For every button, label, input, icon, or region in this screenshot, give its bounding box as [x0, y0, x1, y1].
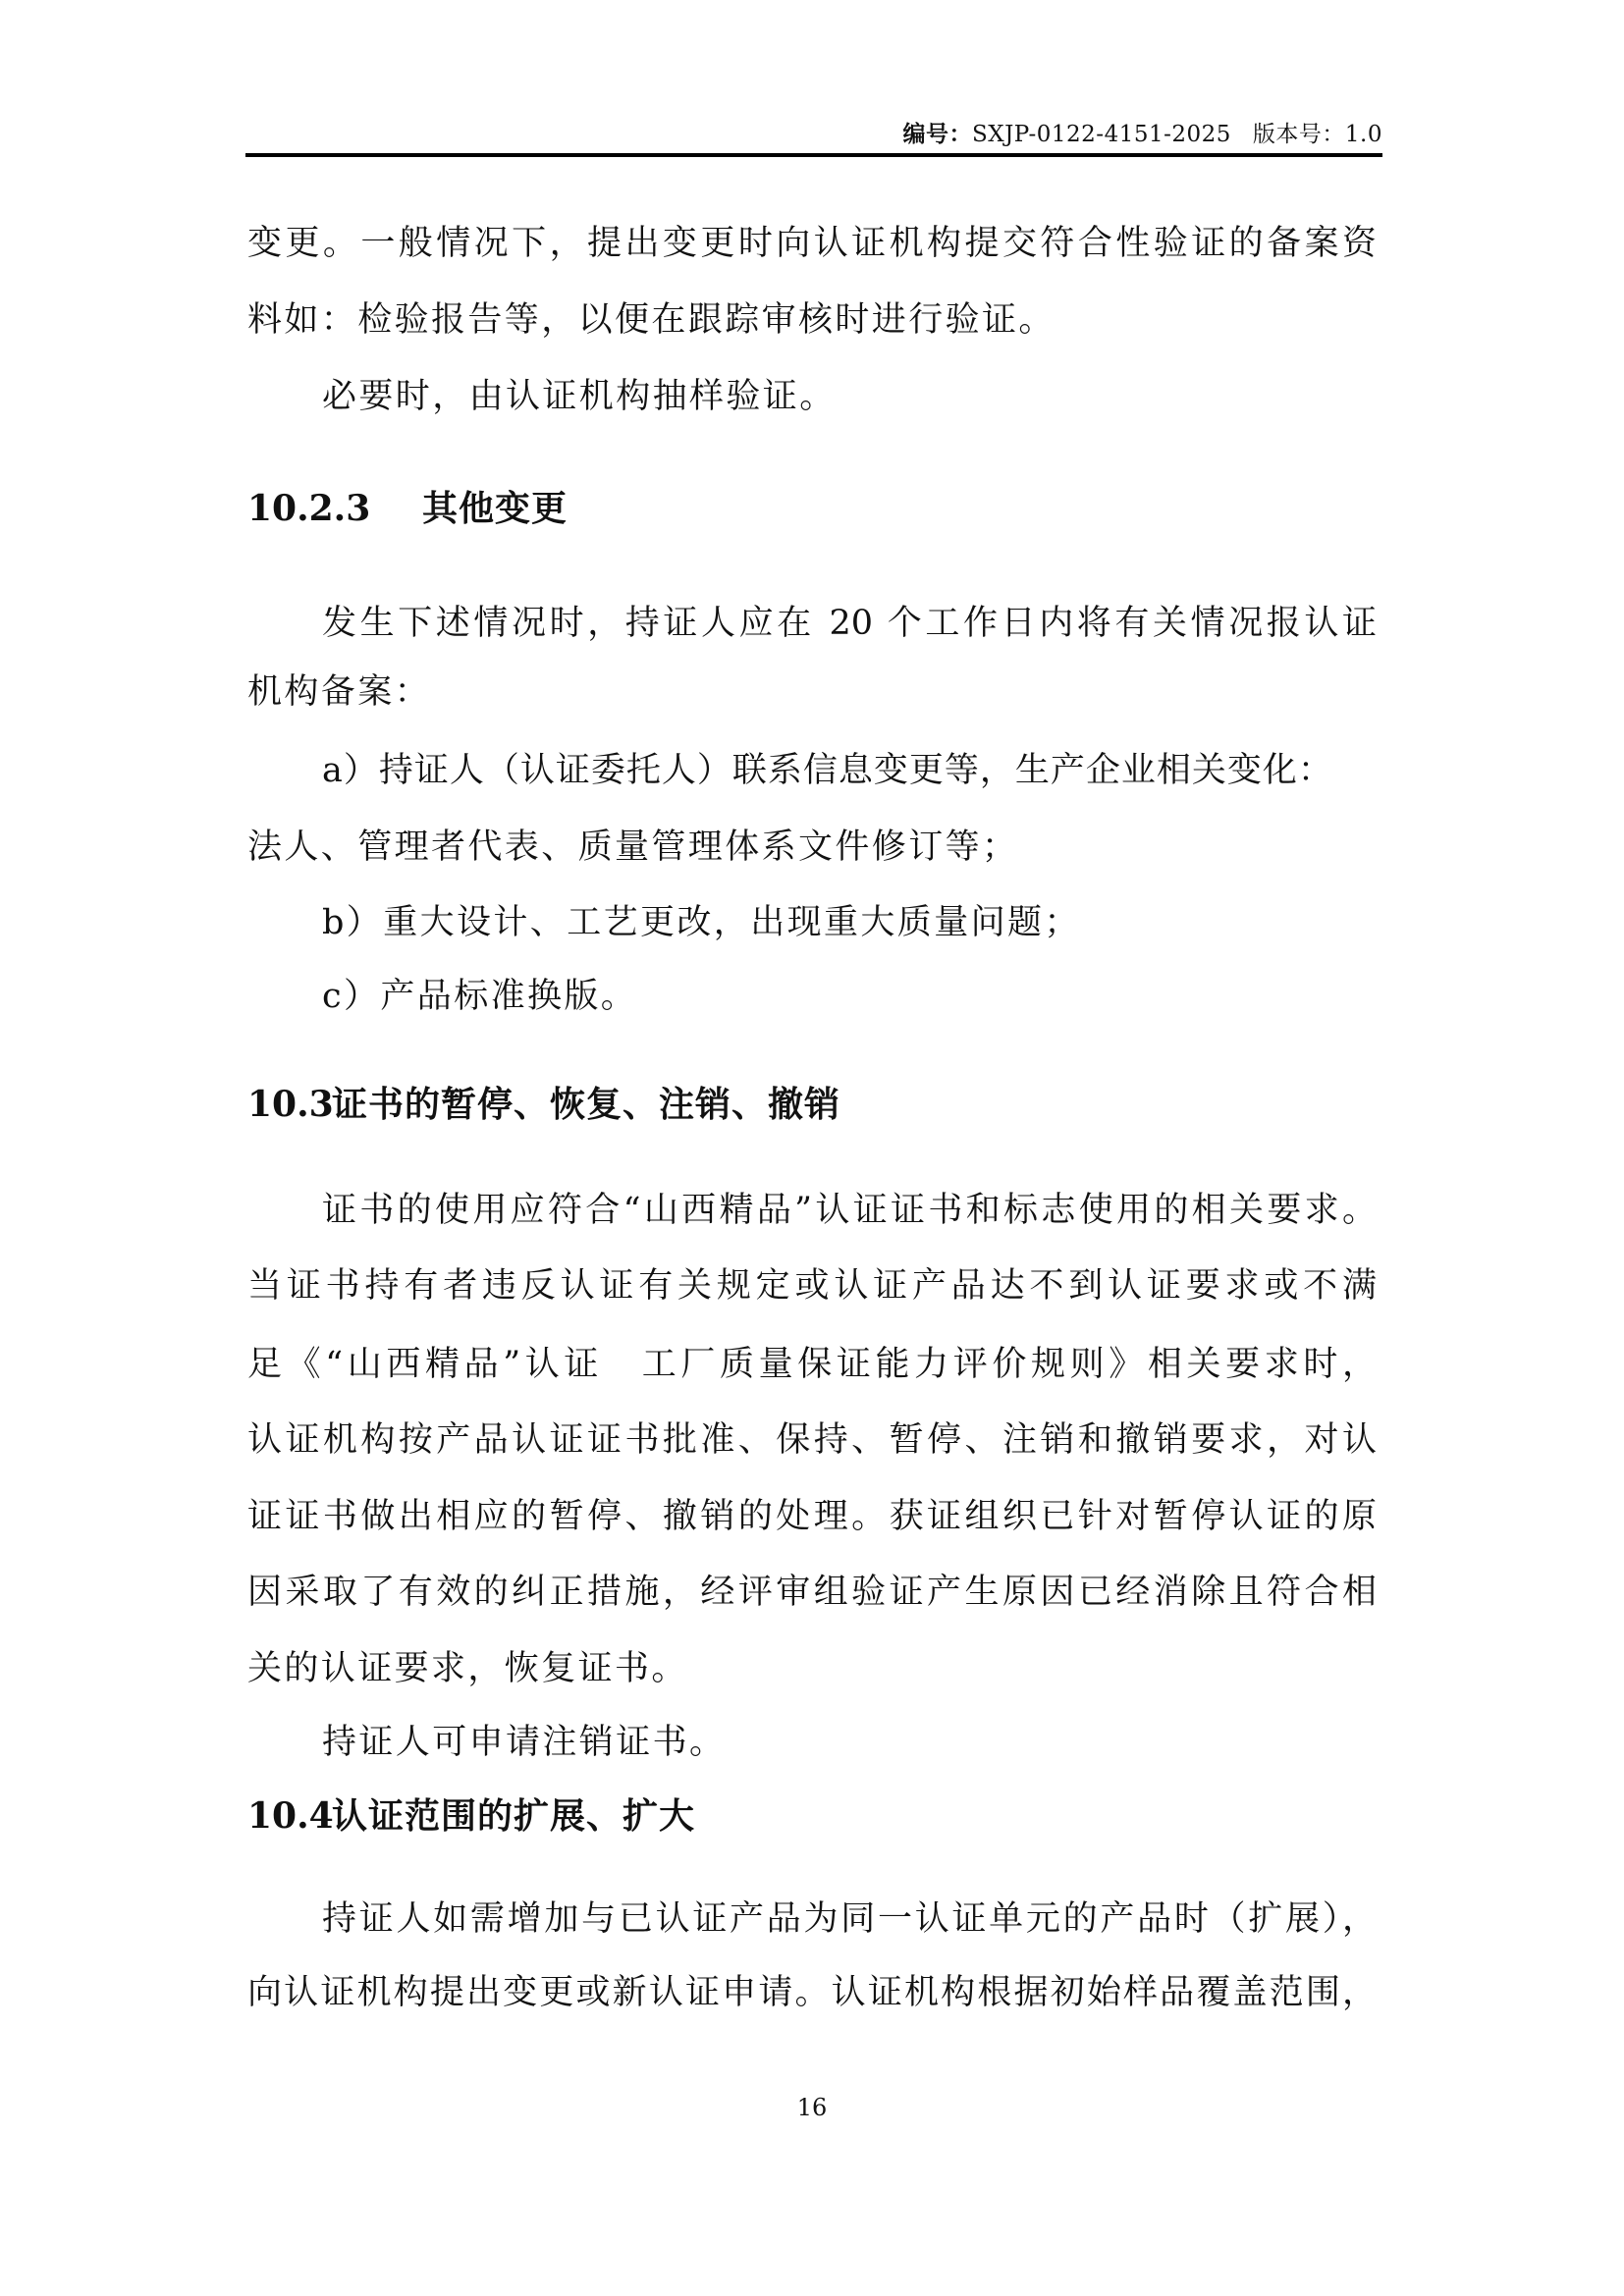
- paragraph-line: 持证人如需增加与已认证产品为同一认证单元的产品时（扩展），: [247, 1897, 1377, 1941]
- paragraph-line: 变更。一般情况下，提出变更时向认证机构提交符合性验证的备案资: [247, 222, 1377, 265]
- version-value: 1.0: [1345, 122, 1382, 147]
- paragraph-line: 机构备案：: [247, 670, 1377, 714]
- paragraph-line: 发生下述情况时，持证人应在 20 个工作日内将有关情况报认证: [247, 602, 1377, 645]
- section-heading-10-2-3: 10.2.3其他变更: [247, 486, 568, 531]
- paragraph-line: 因采取了有效的纠正措施，经评审组验证产生原因已经消除且符合相: [247, 1571, 1377, 1614]
- list-item-a: a）持证人（认证委托人）联系信息变更等，生产企业相关变化：: [247, 749, 1377, 792]
- paragraph-line: 关的认证要求，恢复证书。: [247, 1647, 1377, 1690]
- list-item-b: b）重大设计、工艺更改，出现重大质量问题；: [247, 901, 1377, 944]
- section-number: 10.3: [247, 1082, 332, 1127]
- document-code-label: 编号：: [902, 121, 972, 147]
- section-heading-10-4: 10.4认证范围的扩展、扩大: [247, 1793, 695, 1839]
- version-label: 版本号：: [1253, 122, 1345, 147]
- document-page: 编号：SXJP-0122-4151-2025版本号：1.0 变更。一般情况下，提…: [0, 0, 1624, 2296]
- paragraph-line: 必要时，由认证机构抽样验证。: [247, 375, 1377, 418]
- section-title: 证书的暂停、恢复、注销、撤销: [332, 1082, 840, 1127]
- section-heading-10-3: 10.3证书的暂停、恢复、注销、撤销: [247, 1082, 840, 1127]
- paragraph-line: 认证机构按产品认证证书批准、保持、暂停、注销和撤销要求，对认: [247, 1418, 1377, 1462]
- section-number: 10.2.3: [247, 486, 422, 531]
- paragraph-line: 向认证机构提出变更或新认证申请。认证机构根据初始样品覆盖范围，: [247, 1971, 1377, 2014]
- header-rule: [245, 153, 1382, 157]
- paragraph-line: 当证书持有者违反认证有关规定或认证产品达不到认证要求或不满: [247, 1264, 1377, 1308]
- paragraph-line: 料如：检验报告等，以便在跟踪审核时进行验证。: [247, 298, 1377, 342]
- paragraph-line: 持证人可申请注销证书。: [247, 1721, 1377, 1764]
- paragraph-line: 足《“山西精品”认证 工厂质量保证能力评价规则》相关要求时，: [247, 1343, 1377, 1386]
- page-header: 编号：SXJP-0122-4151-2025版本号：1.0: [902, 120, 1382, 149]
- page-number: 16: [785, 2094, 839, 2121]
- document-code-value: SXJP-0122-4151-2025: [972, 122, 1231, 147]
- section-number: 10.4: [247, 1793, 332, 1839]
- list-item-a-continued: 法人、管理者代表、质量管理体系文件修订等；: [247, 826, 1377, 869]
- list-item-c: c）产品标准换版。: [247, 975, 1377, 1018]
- paragraph-line: 证书的使用应符合“山西精品”认证证书和标志使用的相关要求。: [247, 1189, 1377, 1232]
- section-title: 其他变更: [422, 486, 568, 531]
- section-title: 认证范围的扩展、扩大: [332, 1793, 695, 1839]
- paragraph-line: 证证书做出相应的暂停、撤销的处理。获证组织已针对暂停认证的原: [247, 1495, 1377, 1538]
